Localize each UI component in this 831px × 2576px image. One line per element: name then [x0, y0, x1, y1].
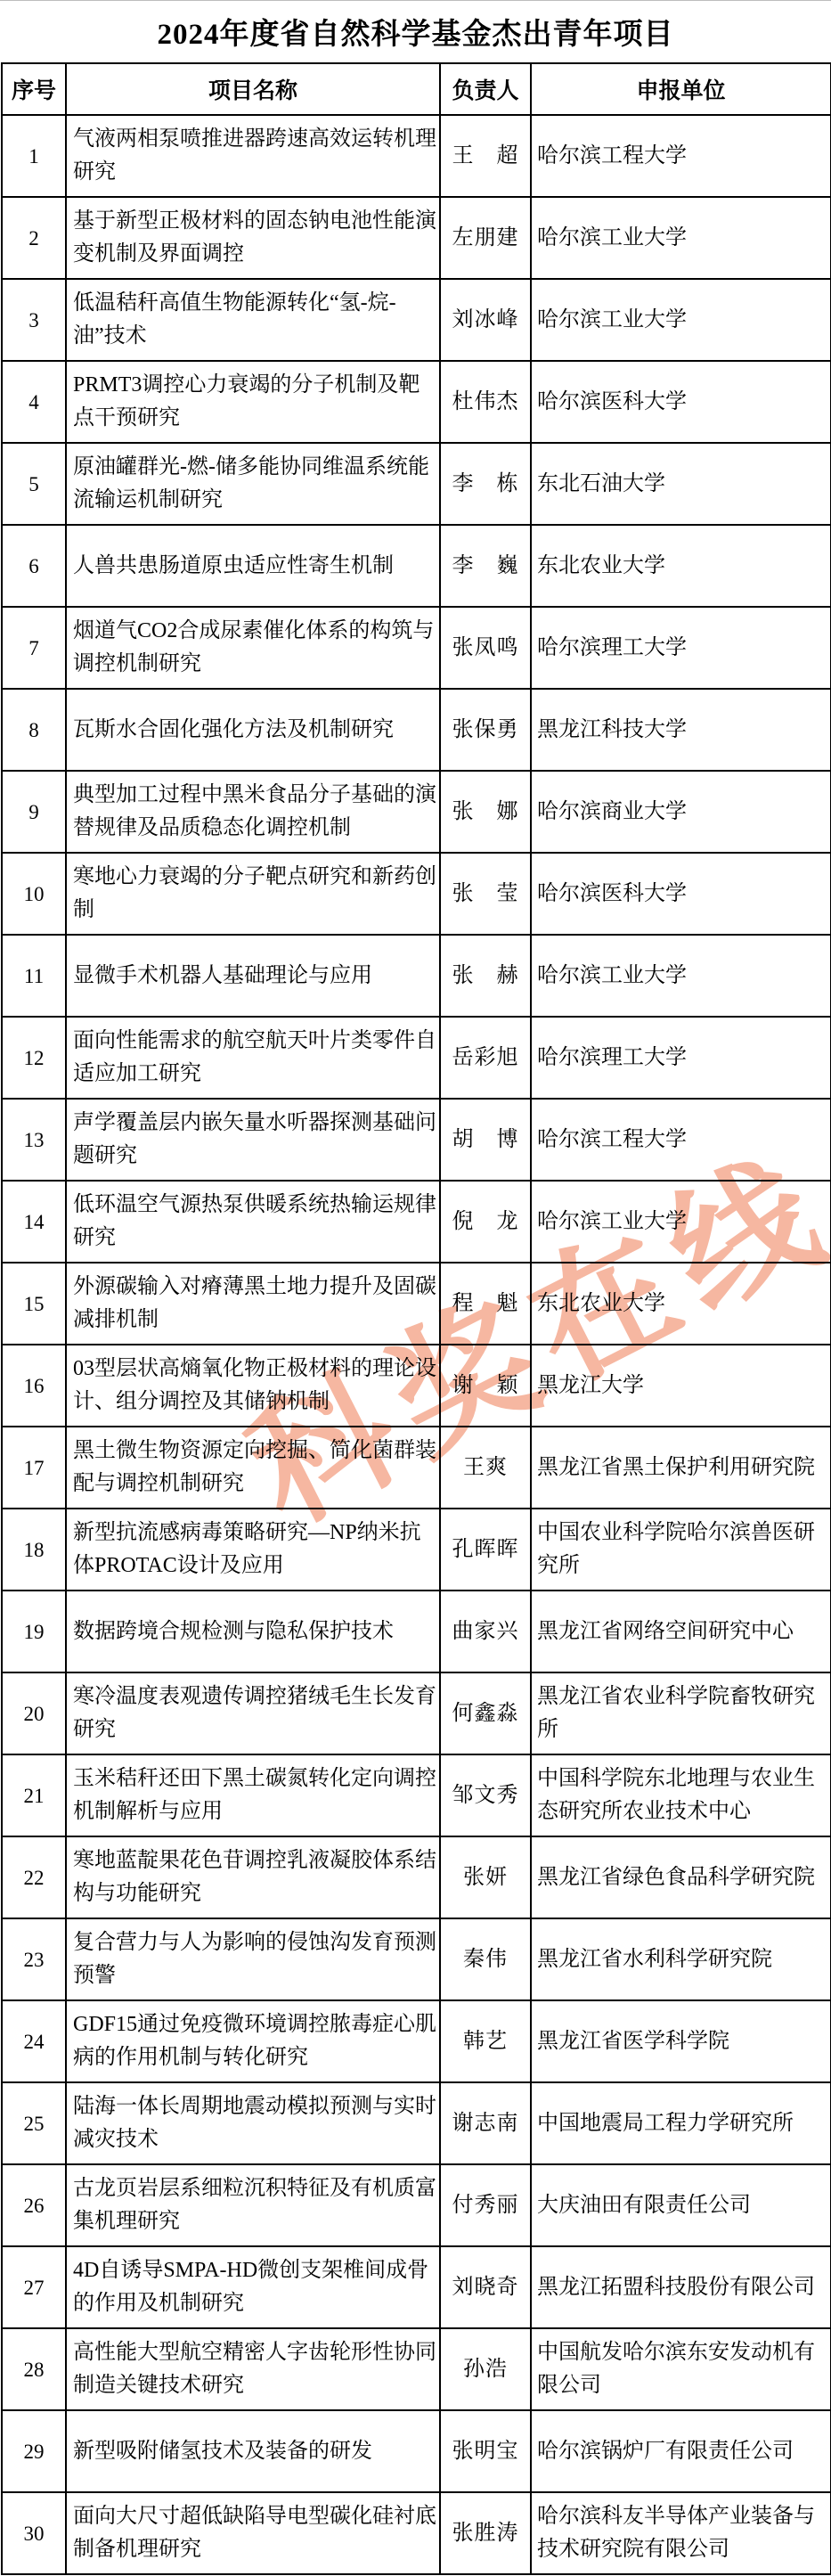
cell-serial-number: 17 [2, 1427, 66, 1509]
cell-leader: 倪 龙 [440, 1181, 531, 1263]
table-row: 6 人兽共患肠道原虫适应性寄生机制 李 巍 东北农业大学 [2, 525, 831, 607]
table-row: 23 复合营力与人为影响的侵蚀沟发育预测预警 秦伟 黑龙江省水利科学研究院 [2, 1918, 831, 2000]
table-row: 22 寒地蓝靛果花色苷调控乳液凝胶体系结构与功能研究 张妍 黑龙江省绿色食品科学… [2, 1836, 831, 1918]
cell-serial-number: 27 [2, 2246, 66, 2328]
cell-leader: 程 魁 [440, 1263, 531, 1345]
cell-serial-number: 11 [2, 935, 66, 1017]
cell-applicant-unit: 哈尔滨理工大学 [531, 1017, 831, 1099]
page-title: 2024年度省自然科学基金杰出青年项目 [0, 0, 831, 62]
cell-project-name: 复合营力与人为影响的侵蚀沟发育预测预警 [66, 1918, 440, 2000]
cell-serial-number: 10 [2, 853, 66, 935]
cell-leader: 杜伟杰 [440, 361, 531, 443]
cell-project-name: 典型加工过程中黑米食品分子基础的演替规律及品质稳态化调控机制 [66, 771, 440, 853]
cell-leader: 王爽 [440, 1427, 531, 1509]
cell-leader: 张凤鸣 [440, 607, 531, 689]
cell-applicant-unit: 哈尔滨商业大学 [531, 771, 831, 853]
cell-project-name: 人兽共患肠道原虫适应性寄生机制 [66, 525, 440, 607]
cell-serial-number: 21 [2, 1754, 66, 1836]
cell-applicant-unit: 黑龙江省农业科学院畜牧研究所 [531, 1672, 831, 1754]
cell-leader: 张 娜 [440, 771, 531, 853]
cell-project-name: 寒地心力衰竭的分子靶点研究和新药创制 [66, 853, 440, 935]
cell-project-name: 显微手术机器人基础理论与应用 [66, 935, 440, 1017]
cell-leader: 刘冰峰 [440, 279, 531, 361]
cell-project-name: 原油罐群光-燃-储多能协同维温系统能流输运机制研究 [66, 443, 440, 525]
cell-leader: 张胜涛 [440, 2492, 531, 2574]
cell-applicant-unit: 哈尔滨工业大学 [531, 197, 831, 279]
header-leader: 负责人 [440, 63, 531, 115]
cell-project-name: 外源碳输入对瘠薄黑土地力提升及固碳减排机制 [66, 1263, 440, 1345]
cell-leader: 胡 博 [440, 1099, 531, 1181]
cell-serial-number: 28 [2, 2328, 66, 2410]
table-header-row: 序号 项目名称 负责人 申报单位 [2, 63, 831, 115]
table-row: 21 玉米秸秆还田下黑土碳氮转化定向调控机制解析与应用 邹文秀 中国科学院东北地… [2, 1754, 831, 1836]
cell-leader: 何鑫淼 [440, 1672, 531, 1754]
cell-serial-number: 24 [2, 2000, 66, 2082]
cell-applicant-unit: 黑龙江省医学科学院 [531, 2000, 831, 2082]
cell-project-name: 低温秸秆高值生物能源转化“氢-烷-油”技术 [66, 279, 440, 361]
table-row: 25 陆海一体长周期地震动模拟预测与实时减灾技术 谢志南 中国地震局工程力学研究… [2, 2082, 831, 2164]
cell-applicant-unit: 哈尔滨工业大学 [531, 1181, 831, 1263]
cell-serial-number: 20 [2, 1672, 66, 1754]
cell-applicant-unit: 东北石油大学 [531, 443, 831, 525]
table-row: 1 气液两相泵喷推进器跨速高效运转机理研究 王 超 哈尔滨工程大学 [2, 115, 831, 197]
cell-serial-number: 14 [2, 1181, 66, 1263]
cell-applicant-unit: 哈尔滨锅炉厂有限责任公司 [531, 2410, 831, 2492]
header-serial-number: 序号 [2, 63, 66, 115]
cell-leader: 张 莹 [440, 853, 531, 935]
cell-serial-number: 6 [2, 525, 66, 607]
cell-serial-number: 16 [2, 1345, 66, 1427]
cell-applicant-unit: 黑龙江省黑土保护利用研究院 [531, 1427, 831, 1509]
cell-applicant-unit: 黑龙江大学 [531, 1345, 831, 1427]
header-applicant-unit: 申报单位 [531, 63, 831, 115]
cell-leader: 李 栋 [440, 443, 531, 525]
cell-serial-number: 29 [2, 2410, 66, 2492]
cell-project-name: 4D自诱导SMPA-HD微创支架椎间成骨的作用及机制研究 [66, 2246, 440, 2328]
cell-applicant-unit: 中国科学院东北地理与农业生态研究所农业技术中心 [531, 1754, 831, 1836]
cell-serial-number: 25 [2, 2082, 66, 2164]
cell-applicant-unit: 哈尔滨工业大学 [531, 279, 831, 361]
cell-leader: 刘晓奇 [440, 2246, 531, 2328]
table-row: 30 面向大尺寸超低缺陷导电型碳化硅衬底制备机理研究 张胜涛 哈尔滨科友半导体产… [2, 2492, 831, 2574]
cell-applicant-unit: 哈尔滨医科大学 [531, 361, 831, 443]
cell-applicant-unit: 哈尔滨工业大学 [531, 935, 831, 1017]
cell-leader: 谢志南 [440, 2082, 531, 2164]
cell-leader: 孙浩 [440, 2328, 531, 2410]
cell-leader: 张保勇 [440, 689, 531, 771]
table-row: 4 PRMT3调控心力衰竭的分子机制及靶点干预研究 杜伟杰 哈尔滨医科大学 [2, 361, 831, 443]
cell-applicant-unit: 黑龙江省水利科学研究院 [531, 1918, 831, 2000]
cell-project-name: PRMT3调控心力衰竭的分子机制及靶点干预研究 [66, 361, 440, 443]
cell-serial-number: 23 [2, 1918, 66, 2000]
table-row: 19 数据跨境合规检测与隐私保护技术 曲家兴 黑龙江省网络空间研究中心 [2, 1591, 831, 1672]
table-row: 29 新型吸附储氢技术及装备的研发 张明宝 哈尔滨锅炉厂有限责任公司 [2, 2410, 831, 2492]
cell-project-name: 03型层状高熵氧化物正极材料的理论设计、组分调控及其储钠机制 [66, 1345, 440, 1427]
cell-leader: 付秀丽 [440, 2164, 531, 2246]
cell-applicant-unit: 东北农业大学 [531, 1263, 831, 1345]
cell-project-name: 古龙页岩层系细粒沉积特征及有机质富集机理研究 [66, 2164, 440, 2246]
cell-applicant-unit: 中国农业科学院哈尔滨兽医研究所 [531, 1509, 831, 1591]
cell-project-name: 数据跨境合规检测与隐私保护技术 [66, 1591, 440, 1672]
projects-table: 序号 项目名称 负责人 申报单位 1 气液两相泵喷推进器跨速高效运转机理研究 王… [1, 62, 831, 2575]
cell-leader: 李 巍 [440, 525, 531, 607]
cell-applicant-unit: 哈尔滨科友半导体产业装备与技术研究院有限公司 [531, 2492, 831, 2574]
cell-applicant-unit: 哈尔滨医科大学 [531, 853, 831, 935]
cell-serial-number: 4 [2, 361, 66, 443]
cell-leader: 左朋建 [440, 197, 531, 279]
cell-serial-number: 1 [2, 115, 66, 197]
cell-leader: 张 赫 [440, 935, 531, 1017]
cell-project-name: 低环温空气源热泵供暖系统热输运规律研究 [66, 1181, 440, 1263]
cell-applicant-unit: 黑龙江省绿色食品科学研究院 [531, 1836, 831, 1918]
cell-project-name: GDF15通过免疫微环境调控脓毒症心肌病的作用机制与转化研究 [66, 2000, 440, 2082]
cell-project-name: 烟道气CO2合成尿素催化体系的构筑与调控机制研究 [66, 607, 440, 689]
cell-applicant-unit: 哈尔滨工程大学 [531, 1099, 831, 1181]
table-row: 17 黑土微生物资源定向挖掘、简化菌群装配与调控机制研究 王爽 黑龙江省黑土保护… [2, 1427, 831, 1509]
table-row: 28 高性能大型航空精密人字齿轮形性协同制造关键技术研究 孙浩 中国航发哈尔滨东… [2, 2328, 831, 2410]
cell-serial-number: 19 [2, 1591, 66, 1672]
cell-serial-number: 9 [2, 771, 66, 853]
cell-applicant-unit: 黑龙江拓盟科技股份有限公司 [531, 2246, 831, 2328]
cell-project-name: 寒冷温度表观遗传调控猪绒毛生长发育研究 [66, 1672, 440, 1754]
table-row: 10 寒地心力衰竭的分子靶点研究和新药创制 张 莹 哈尔滨医科大学 [2, 853, 831, 935]
table-row: 11 显微手术机器人基础理论与应用 张 赫 哈尔滨工业大学 [2, 935, 831, 1017]
cell-applicant-unit: 中国地震局工程力学研究所 [531, 2082, 831, 2164]
cell-project-name: 玉米秸秆还田下黑土碳氮转化定向调控机制解析与应用 [66, 1754, 440, 1836]
cell-leader: 秦伟 [440, 1918, 531, 2000]
cell-project-name: 高性能大型航空精密人字齿轮形性协同制造关键技术研究 [66, 2328, 440, 2410]
cell-serial-number: 2 [2, 197, 66, 279]
cell-serial-number: 12 [2, 1017, 66, 1099]
cell-applicant-unit: 哈尔滨理工大学 [531, 607, 831, 689]
cell-project-name: 气液两相泵喷推进器跨速高效运转机理研究 [66, 115, 440, 197]
table-row: 12 面向性能需求的航空航天叶片类零件自适应加工研究 岳彩旭 哈尔滨理工大学 [2, 1017, 831, 1099]
cell-project-name: 陆海一体长周期地震动模拟预测与实时减灾技术 [66, 2082, 440, 2164]
cell-project-name: 新型抗流感病毒策略研究—NP纳米抗体PROTAC设计及应用 [66, 1509, 440, 1591]
cell-project-name: 声学覆盖层内嵌矢量水听器探测基础问题研究 [66, 1099, 440, 1181]
cell-project-name: 黑土微生物资源定向挖掘、简化菌群装配与调控机制研究 [66, 1427, 440, 1509]
cell-leader: 曲家兴 [440, 1591, 531, 1672]
cell-leader: 张妍 [440, 1836, 531, 1918]
cell-leader: 韩艺 [440, 2000, 531, 2082]
table-row: 3 低温秸秆高值生物能源转化“氢-烷-油”技术 刘冰峰 哈尔滨工业大学 [2, 279, 831, 361]
cell-serial-number: 5 [2, 443, 66, 525]
cell-serial-number: 13 [2, 1099, 66, 1181]
cell-serial-number: 30 [2, 2492, 66, 2574]
cell-project-name: 面向性能需求的航空航天叶片类零件自适应加工研究 [66, 1017, 440, 1099]
table-row: 14 低环温空气源热泵供暖系统热输运规律研究 倪 龙 哈尔滨工业大学 [2, 1181, 831, 1263]
header-project-name: 项目名称 [66, 63, 440, 115]
table-row: 27 4D自诱导SMPA-HD微创支架椎间成骨的作用及机制研究 刘晓奇 黑龙江拓… [2, 2246, 831, 2328]
table-row: 15 外源碳输入对瘠薄黑土地力提升及固碳减排机制 程 魁 东北农业大学 [2, 1263, 831, 1345]
cell-serial-number: 22 [2, 1836, 66, 1918]
table-row: 7 烟道气CO2合成尿素催化体系的构筑与调控机制研究 张凤鸣 哈尔滨理工大学 [2, 607, 831, 689]
cell-project-name: 瓦斯水合固化强化方法及机制研究 [66, 689, 440, 771]
cell-project-name: 基于新型正极材料的固态钠电池性能演变机制及界面调控 [66, 197, 440, 279]
table-header: 序号 项目名称 负责人 申报单位 [2, 63, 831, 115]
cell-leader: 王 超 [440, 115, 531, 197]
cell-applicant-unit: 东北农业大学 [531, 525, 831, 607]
cell-serial-number: 8 [2, 689, 66, 771]
table-row: 2 基于新型正极材料的固态钠电池性能演变机制及界面调控 左朋建 哈尔滨工业大学 [2, 197, 831, 279]
cell-serial-number: 26 [2, 2164, 66, 2246]
cell-project-name: 新型吸附储氢技术及装备的研发 [66, 2410, 440, 2492]
cell-applicant-unit: 黑龙江省网络空间研究中心 [531, 1591, 831, 1672]
cell-applicant-unit: 中国航发哈尔滨东安发动机有限公司 [531, 2328, 831, 2410]
cell-serial-number: 7 [2, 607, 66, 689]
cell-leader: 岳彩旭 [440, 1017, 531, 1099]
table-row: 20 寒冷温度表观遗传调控猪绒毛生长发育研究 何鑫淼 黑龙江省农业科学院畜牧研究… [2, 1672, 831, 1754]
cell-leader: 谢 颖 [440, 1345, 531, 1427]
table-row: 16 03型层状高熵氧化物正极材料的理论设计、组分调控及其储钠机制 谢 颖 黑龙… [2, 1345, 831, 1427]
table-row: 8 瓦斯水合固化强化方法及机制研究 张保勇 黑龙江科技大学 [2, 689, 831, 771]
cell-applicant-unit: 黑龙江科技大学 [531, 689, 831, 771]
cell-leader: 张明宝 [440, 2410, 531, 2492]
cell-applicant-unit: 哈尔滨工程大学 [531, 115, 831, 197]
table-row: 26 古龙页岩层系细粒沉积特征及有机质富集机理研究 付秀丽 大庆油田有限责任公司 [2, 2164, 831, 2246]
cell-project-name: 面向大尺寸超低缺陷导电型碳化硅衬底制备机理研究 [66, 2492, 440, 2574]
cell-project-name: 寒地蓝靛果花色苷调控乳液凝胶体系结构与功能研究 [66, 1836, 440, 1918]
table-body: 1 气液两相泵喷推进器跨速高效运转机理研究 王 超 哈尔滨工程大学 2 基于新型… [2, 115, 831, 2574]
cell-serial-number: 15 [2, 1263, 66, 1345]
cell-leader: 孔晖晖 [440, 1509, 531, 1591]
table-row: 13 声学覆盖层内嵌矢量水听器探测基础问题研究 胡 博 哈尔滨工程大学 [2, 1099, 831, 1181]
cell-leader: 邹文秀 [440, 1754, 531, 1836]
table-row: 18 新型抗流感病毒策略研究—NP纳米抗体PROTAC设计及应用 孔晖晖 中国农… [2, 1509, 831, 1591]
cell-applicant-unit: 大庆油田有限责任公司 [531, 2164, 831, 2246]
cell-serial-number: 3 [2, 279, 66, 361]
table-row: 24 GDF15通过免疫微环境调控脓毒症心肌病的作用机制与转化研究 韩艺 黑龙江… [2, 2000, 831, 2082]
cell-serial-number: 18 [2, 1509, 66, 1591]
table-row: 9 典型加工过程中黑米食品分子基础的演替规律及品质稳态化调控机制 张 娜 哈尔滨… [2, 771, 831, 853]
table-row: 5 原油罐群光-燃-储多能协同维温系统能流输运机制研究 李 栋 东北石油大学 [2, 443, 831, 525]
